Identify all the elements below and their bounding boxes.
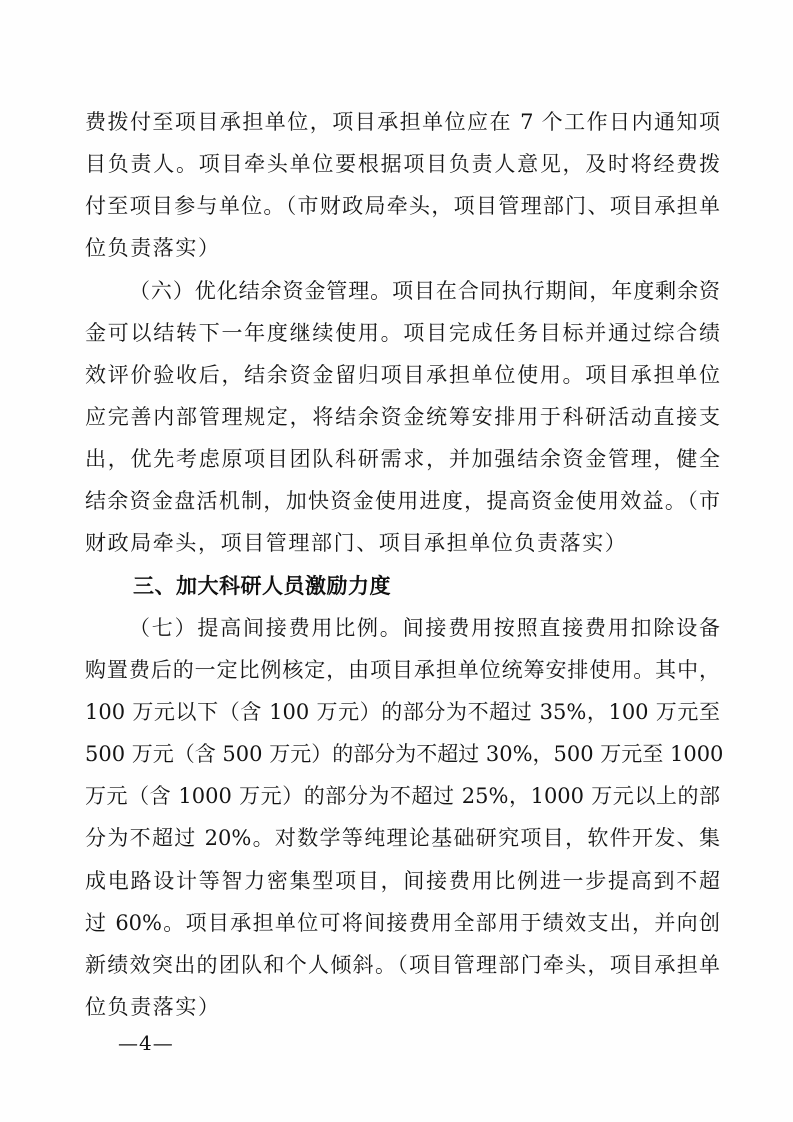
body-line: 成电路设计等智力密集型项目，间接费用比例进一步提高到不超: [85, 860, 720, 902]
body-line: 100 万元以下（含 100 万元）的部分为不超过 35%，100 万元至: [85, 691, 720, 733]
paragraph-7-start: （七）提高间接费用比例。间接费用按照直接费用扣除设备: [85, 607, 720, 649]
body-line: 付至项目参与单位。（市财政局牵头，项目管理部门、项目承担单: [85, 185, 720, 227]
body-line: 应完善内部管理规定，将结余资金统筹安排用于科研活动直接支: [85, 396, 720, 438]
body-line: 过 60%。项目承担单位可将间接费用全部用于绩效支出，并向创: [85, 902, 720, 944]
body-line: 购置费后的一定比例核定，由项目承担单位统筹安排使用。其中，: [85, 649, 720, 691]
body-line: 效评价验收后，结余资金留归项目承担单位使用。项目承担单位: [85, 354, 720, 396]
document-page: 费拨付至项目承担单位，项目承担单位应在 7 个工作日内通知项 目负责人。项目牵头…: [0, 0, 793, 1122]
body-line: 万元（含 1000 万元）的部分为不超过 25%，1000 万元以上的部: [85, 775, 720, 817]
body-line: 结余资金盘活机制，加快资金使用进度，提高资金使用效益。（市: [85, 480, 720, 522]
body-line: 分为不超过 20%。对数学等纯理论基础研究项目，软件开发、集: [85, 817, 720, 859]
body-line: 出，优先考虑原项目团队科研需求，并加强结余资金管理，健全: [85, 438, 720, 480]
body-line: 位负责落实）: [85, 986, 720, 1028]
body-line: 500 万元（含 500 万元）的部分为不超过 30%，500 万元至 1000: [85, 733, 720, 775]
body-line: 目负责人。项目牵头单位要根据项目负责人意见，及时将经费拨: [85, 143, 720, 185]
body-line: 财政局牵头，项目管理部门、项目承担单位负责落实）: [85, 522, 720, 564]
body-line: 位负责落实）: [85, 227, 720, 269]
section-heading: 三、加大科研人员激励力度: [85, 565, 720, 607]
body-line: 金可以结转下一年度继续使用。项目完成任务目标并通过综合绩: [85, 312, 720, 354]
body-line: 新绩效突出的团队和个人倾斜。（项目管理部门牵头，项目承担单: [85, 944, 720, 986]
document-body: 费拨付至项目承担单位，项目承担单位应在 7 个工作日内通知项 目负责人。项目牵头…: [85, 101, 720, 1028]
body-line: 费拨付至项目承担单位，项目承担单位应在 7 个工作日内通知项: [85, 101, 720, 143]
page-number: —4—: [118, 1030, 174, 1056]
paragraph-6-start: （六）优化结余资金管理。项目在合同执行期间，年度剩余资: [85, 270, 720, 312]
